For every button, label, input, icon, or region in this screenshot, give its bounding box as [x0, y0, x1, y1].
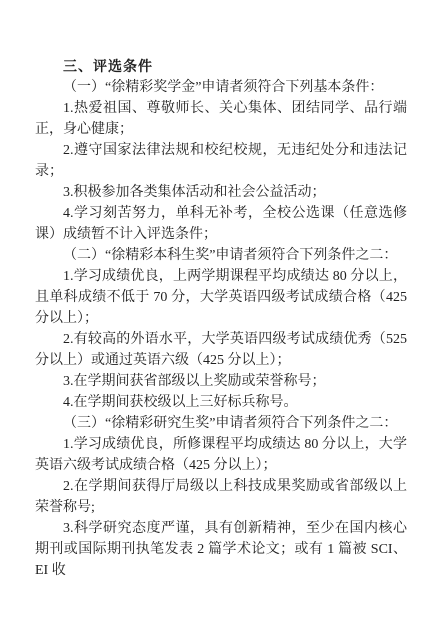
paragraph-graduate-condition-2: 2.在学期间获得厅局级以上科技成果奖励或省部级以上荣誉称号; [35, 476, 407, 518]
paragraph-basic-conditions-intro: （一）“徐精彩奖学金”申请者须符合下列基本条件： [35, 77, 407, 98]
paragraph-undergrad-condition-3: 3.在学期间获省部级以上奖励或荣誉称号； [35, 371, 407, 392]
paragraph-undergrad-condition-2: 2.有较高的外语水平，大学英语四级考试成绩优秀（525 分以上）或通过英语六级（… [35, 329, 407, 371]
paragraph-basic-condition-1: 1.热爱祖国、尊敬师长、关心集体、团结同学、品行端正，身心健康； [35, 98, 407, 140]
document-page: 三、评选条件 （一）“徐精彩奖学金”申请者须符合下列基本条件： 1.热爱祖国、尊… [0, 0, 441, 627]
paragraph-basic-condition-4: 4.学习刻苦努力，单科无补考，全校公选课（任意选修课）成绩暂不计入评选条件； [35, 203, 407, 245]
paragraph-undergrad-condition-4: 4.在学期间获校级以上三好标兵称号。 [35, 392, 407, 413]
paragraph-graduate-condition-3: 3.科学研究态度严谨，具有创新精神，至少在国内核心期刊或国际期刊执笔发表 2 篇… [35, 518, 407, 581]
section-heading: 三、评选条件 [35, 56, 407, 77]
paragraph-undergrad-award-intro: （二）“徐精彩本科生奖”申请者须符合下列条件之二： [35, 245, 407, 266]
paragraph-basic-condition-2: 2.遵守国家法律法规和校纪校规，无违纪处分和违法记录； [35, 140, 407, 182]
paragraph-basic-condition-3: 3.积极参加各类集体活动和社会公益活动； [35, 182, 407, 203]
document-body: 三、评选条件 （一）“徐精彩奖学金”申请者须符合下列基本条件： 1.热爱祖国、尊… [35, 56, 407, 581]
paragraph-graduate-award-intro: （三）“徐精彩研究生奖”申请者须符合下列条件之二： [35, 413, 407, 434]
paragraph-undergrad-condition-1: 1.学习成绩优良，上两学期课程平均成绩达 80 分以上，且单科成绩不低于 70 … [35, 266, 407, 329]
paragraph-graduate-condition-1: 1.学习成绩优良，所修课程平均成绩达 80 分以上，大学英语六级考试成绩合格（4… [35, 434, 407, 476]
